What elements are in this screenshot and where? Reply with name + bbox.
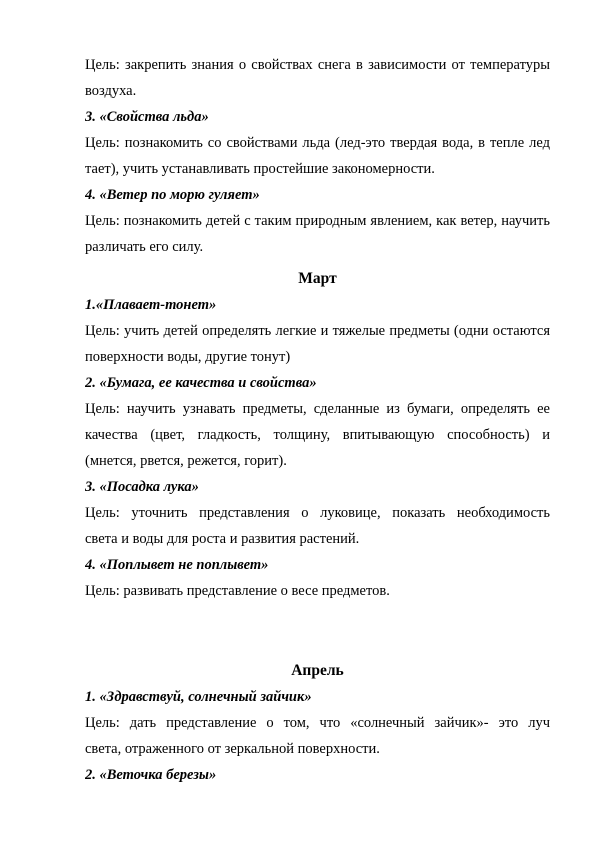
paragraph-line: света и воды для роста и развития растен… [85, 526, 550, 552]
blank-space [85, 604, 550, 652]
month-heading-april: Апрель [85, 658, 550, 684]
experiment-title: 1.«Плавает-тонет» [85, 292, 550, 318]
month-heading-march: Март [85, 266, 550, 292]
experiment-title: 3. «Свойства льда» [85, 104, 550, 130]
paragraph-line: Цель: познакомить детей с таким природны… [85, 208, 550, 234]
experiment-title: 4. «Ветер по морю гуляет» [85, 182, 550, 208]
paragraph-line: Цель: дать представление о том, что «сол… [85, 710, 550, 736]
experiment-title: 1. «Здравствуй, солнечный зайчик» [85, 684, 550, 710]
paragraph-line: Цель: уточнить представления о луковице,… [85, 500, 550, 526]
paragraph-line: (мнется, рвется, режется, горит). [85, 448, 550, 474]
paragraph-line: качества (цвет, гладкость, толщину, впит… [85, 422, 550, 448]
goal-paragraph: Цель: научить узнавать предметы, сделанн… [85, 396, 550, 474]
goal-paragraph: Цель: познакомить детей с таким природны… [85, 208, 550, 260]
document-page: Цель: закрепить знания о свойствах снега… [0, 0, 595, 842]
paragraph-line: тает), учить устанавливать простейшие за… [85, 156, 550, 182]
paragraph-line: Цель: закрепить знания о свойствах снега… [85, 52, 550, 78]
goal-paragraph: Цель: познакомить со свойствами льда (ле… [85, 130, 550, 182]
paragraph-line: света, отраженного от зеркальной поверхн… [85, 736, 550, 762]
goal-paragraph: Цель: развивать представление о весе пре… [85, 578, 550, 604]
experiment-title: 2. «Веточка березы» [85, 762, 550, 788]
paragraph-line: различать его силу. [85, 234, 550, 260]
paragraph-line: Цель: учить детей определять легкие и тя… [85, 318, 550, 344]
paragraph-line: Цель: научить узнавать предметы, сделанн… [85, 396, 550, 422]
goal-paragraph: Цель: закрепить знания о свойствах снега… [85, 52, 550, 104]
experiment-title: 4. «Поплывет не поплывет» [85, 552, 550, 578]
goal-paragraph: Цель: уточнить представления о луковице,… [85, 500, 550, 552]
goal-paragraph: Цель: учить детей определять легкие и тя… [85, 318, 550, 370]
experiment-title: 2. «Бумага, ее качества и свойства» [85, 370, 550, 396]
experiment-title: 3. «Посадка лука» [85, 474, 550, 500]
goal-paragraph: Цель: дать представление о том, что «сол… [85, 710, 550, 762]
paragraph-line: поверхности воды, другие тонут) [85, 344, 550, 370]
paragraph-line: Цель: познакомить со свойствами льда (ле… [85, 130, 550, 156]
paragraph-line: воздуха. [85, 78, 550, 104]
paragraph-line: Цель: развивать представление о весе пре… [85, 578, 550, 604]
